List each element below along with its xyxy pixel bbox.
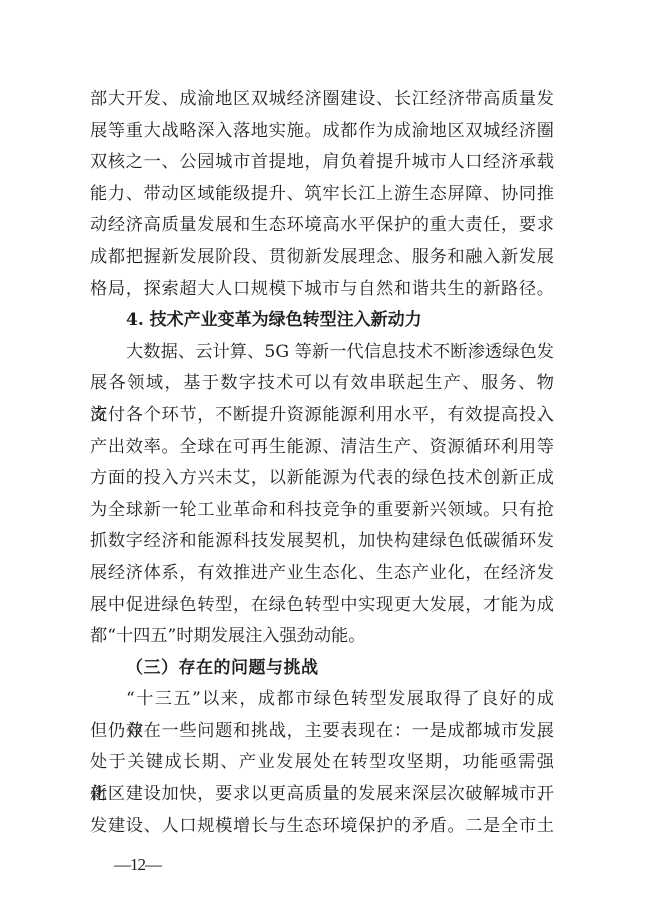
text-line: 都“十四五”时期发展注入强劲动能。	[90, 621, 554, 653]
text-line: 大数据、云计算、5G 等新一代信息技术不断渗透绿色发	[90, 337, 554, 369]
document-page: 部大开发、成渝地区双城经济圈建设、长江经济带高质量发 展等重大战略深入落地实施。…	[0, 0, 650, 919]
text-line: 新区建设加快，要求以更高质量的发展来深层次破解城市开	[90, 779, 554, 811]
section-heading-3: （三）存在的问题与挑战	[90, 653, 554, 685]
text-line: 部大开发、成渝地区双城经济圈建设、长江经济带高质量发	[90, 84, 554, 116]
text-line: 成都把握新发展阶段、贯彻新发展理念、服务和融入新发展	[90, 242, 554, 274]
text-line: 发建设、人口规模增长与生态环境保护的矛盾。二是全市土	[90, 811, 554, 843]
section-heading-4: 4. 技术产业变革为绿色转型注入新动力	[90, 305, 554, 337]
text-line: 处于关键成长期、产业发展处在转型攻坚期，功能亟需强化、	[90, 747, 554, 779]
text-line: 展各领域，基于数字技术可以有效串联起生产、服务、物流、	[90, 368, 554, 400]
text-line: 方面的投入方兴未艾，以新能源为代表的绿色技术创新正成	[90, 463, 554, 495]
text-line: 双核之一、公园城市首提地，肩负着提升城市人口经济承载	[90, 147, 554, 179]
page-number: —12—	[114, 854, 161, 876]
text-line: “十三五”以来，成都市绿色转型发展取得了良好的成效，	[90, 684, 554, 716]
body-text: 部大开发、成渝地区双城经济圈建设、长江经济带高质量发 展等重大战略深入落地实施。…	[90, 84, 554, 842]
text-line: 支付各个环节，不断提升资源能源利用水平，有效提高投入	[90, 400, 554, 432]
text-line: 能力、带动区域能级提升、筑牢长江上游生态屏障、协同推	[90, 179, 554, 211]
text-line: 动经济高质量发展和生态环境高水平保护的重大责任，要求	[90, 210, 554, 242]
text-line: 展经济体系，有效推进产业生态化、生态产业化，在经济发	[90, 558, 554, 590]
text-line: 但仍存在一些问题和挑战，主要表现在：一是成都城市发展	[90, 716, 554, 748]
text-line: 抓数字经济和能源科技发展契机，加快构建绿色低碳循环发	[90, 526, 554, 558]
text-line: 格局，探索超大人口规模下城市与自然和谐共生的新路径。	[90, 274, 554, 306]
text-line: 为全球新一轮工业革命和科技竞争的重要新兴领域。只有抢	[90, 495, 554, 527]
text-line: 展等重大战略深入落地实施。成都作为成渝地区双城经济圈	[90, 116, 554, 148]
text-line: 产出效率。全球在可再生能源、清洁生产、资源循环利用等	[90, 432, 554, 464]
text-line: 展中促进绿色转型，在绿色转型中实现更大发展，才能为成	[90, 590, 554, 622]
